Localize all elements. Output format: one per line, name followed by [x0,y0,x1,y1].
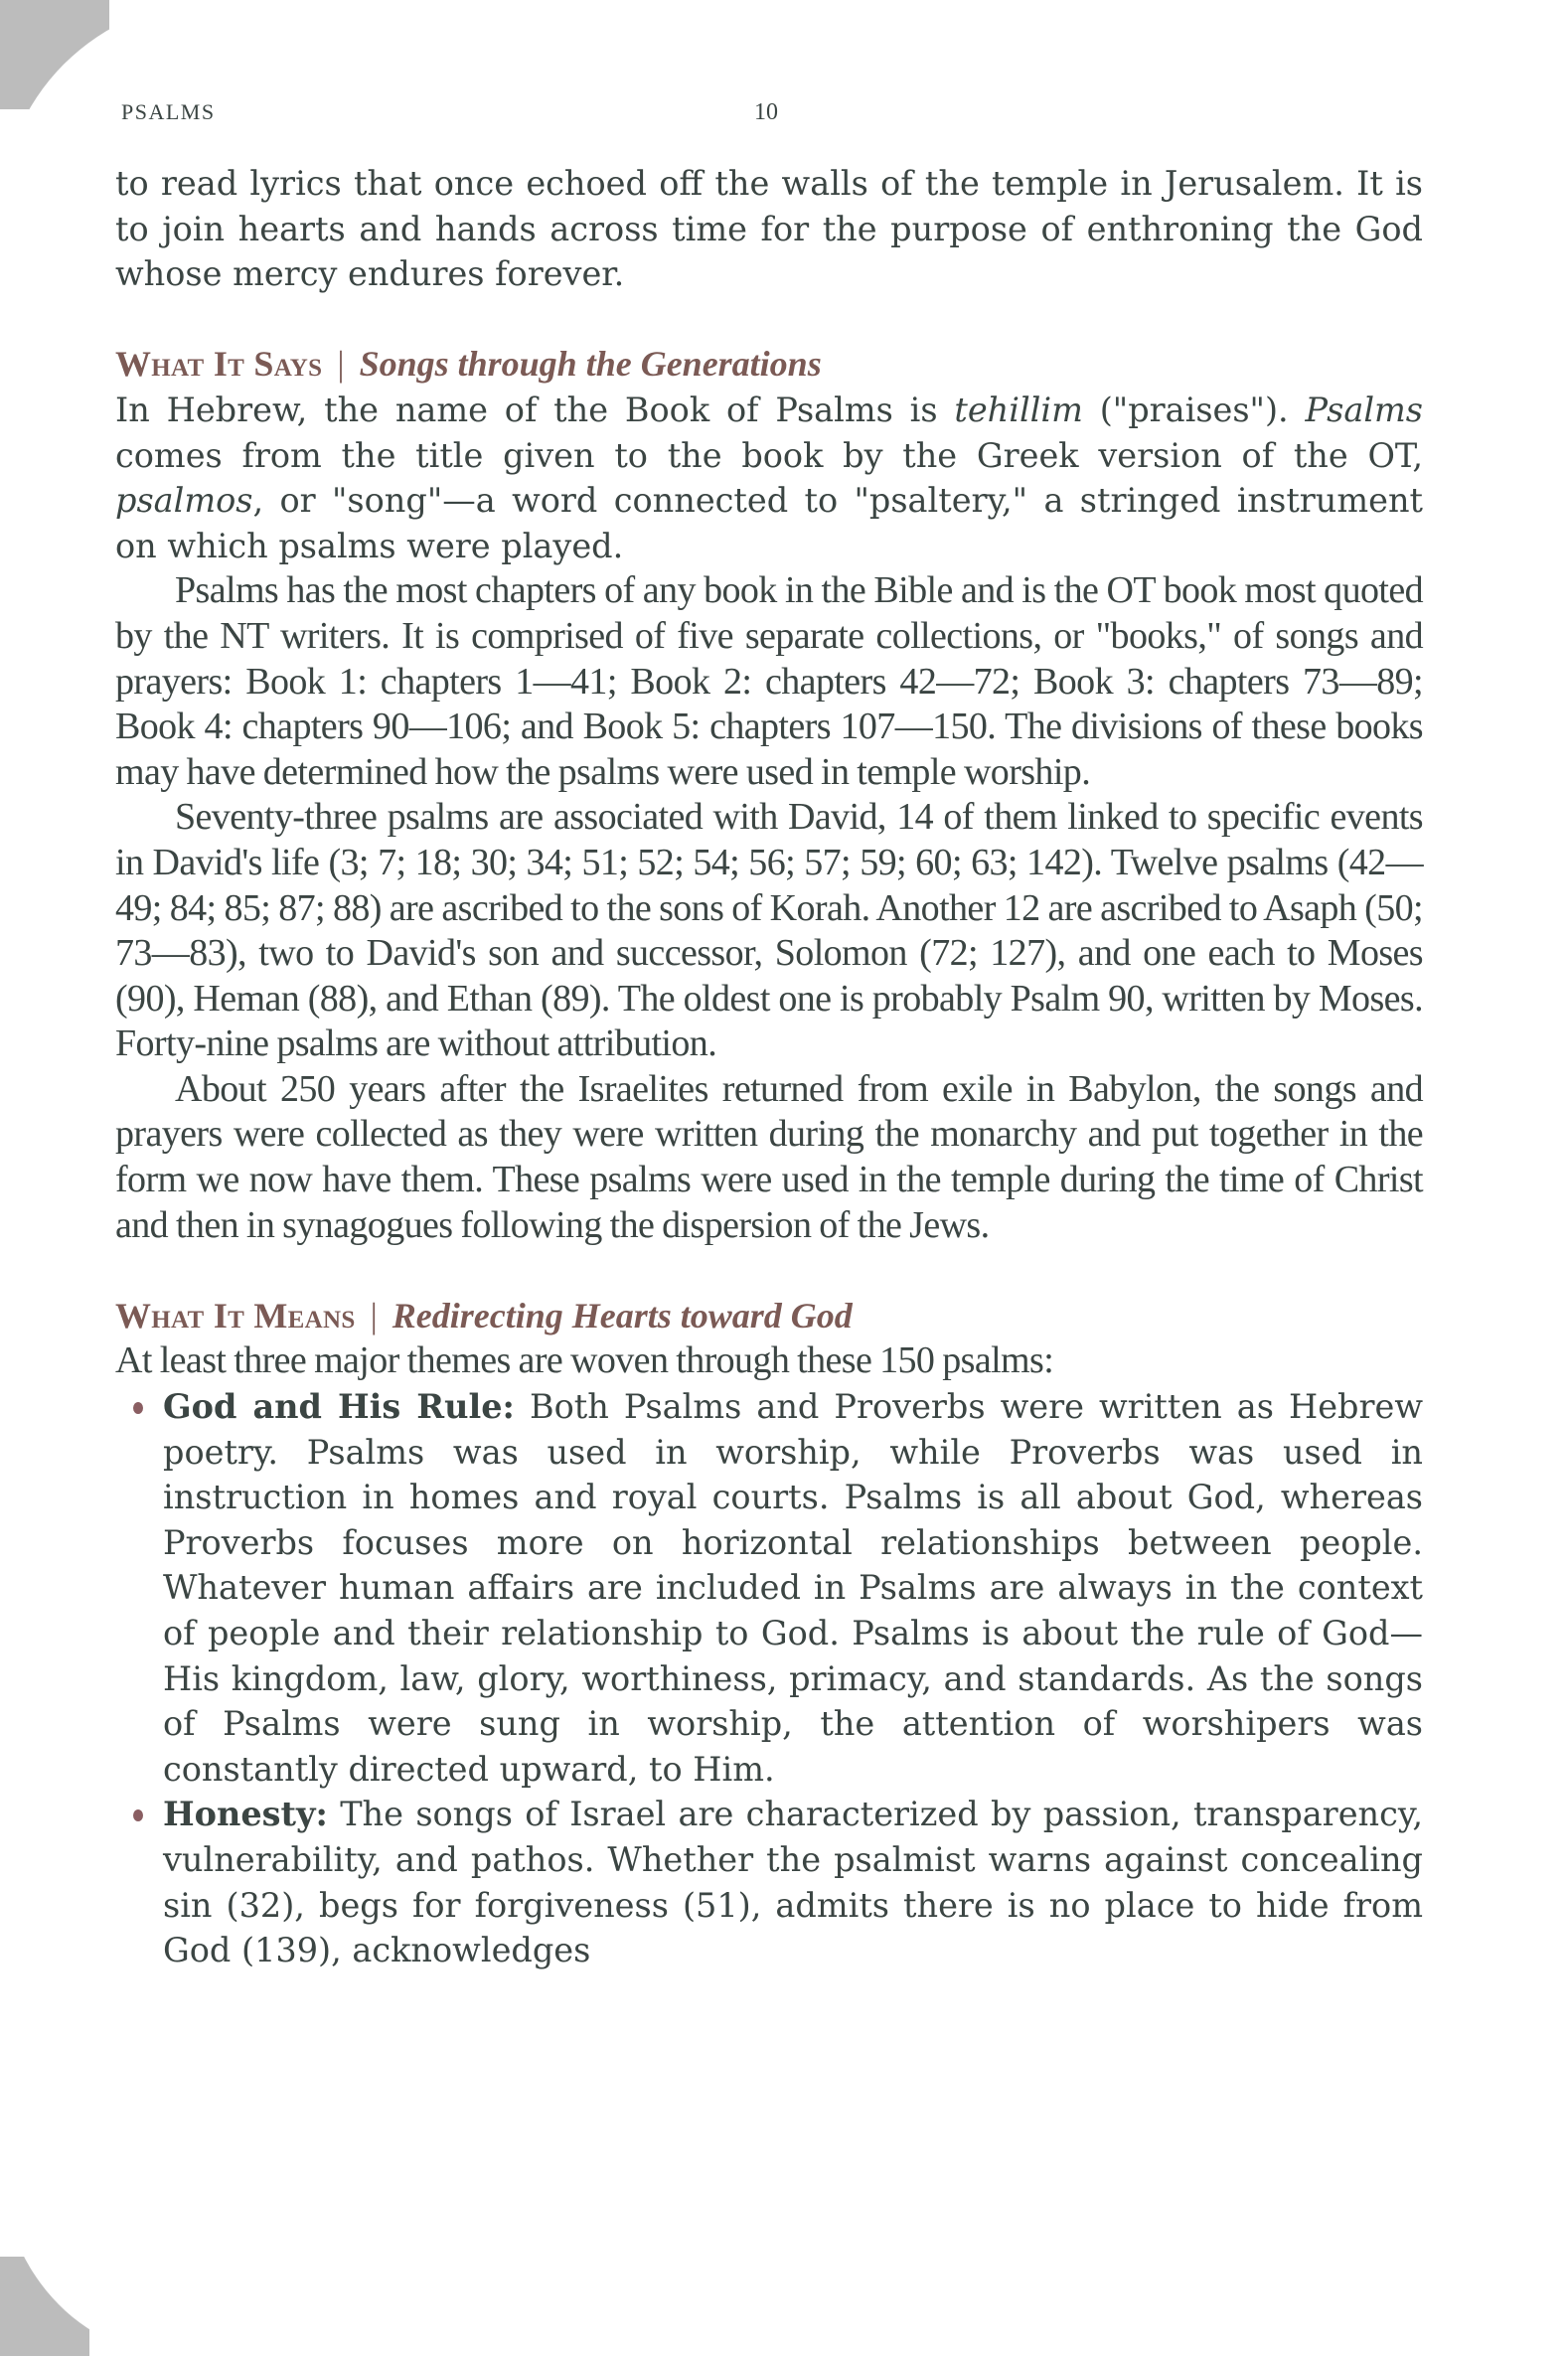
section-subtitle: Redirecting Hearts toward God [392,1296,853,1335]
paragraph-hebrew-name: In Hebrew, the name of the Book of Psalm… [115,388,1423,568]
text-run: In Hebrew, the name of the Book of Psalm… [115,391,954,429]
themes-intro: At least three major themes are woven th… [115,1338,1423,1384]
bullet-icon [133,1402,143,1414]
section-what-it-says: What It Says | Songs through the Generat… [115,342,1423,1248]
section-spacer [115,1248,1423,1294]
theme-term: God and His Rule: [163,1387,515,1426]
paragraph-authorship: Seventy-three psalms are associated with… [115,795,1423,1067]
theme-text: The songs of Israel are characterized by… [163,1795,1423,1969]
scan-corner-bottom-left [0,2257,89,2356]
text-run: , or "song"—a word connected to "psalter… [115,481,1423,565]
list-item-theme-god-and-his-rule: God and His Rule: Both Psalms and Prover… [163,1384,1423,1792]
themes-list: God and His Rule: Both Psalms and Prover… [115,1384,1423,1973]
text-run: comes from the title given to the book b… [115,436,1423,475]
section-label: What It Says [115,344,322,384]
text-run: ("praises"). [1083,391,1306,429]
paragraph-collection: About 250 years after the Israelites ret… [115,1067,1423,1248]
section-heading-what-it-says: What It Says | Songs through the Generat… [115,342,1423,388]
section-spacer [115,297,1423,343]
scan-corner-top-left [0,0,109,109]
section-subtitle: Songs through the Generations [360,344,822,384]
intro-continuation-paragraph: to read lyrics that once echoed off the … [115,161,1423,297]
italic-term-psalmos: psalmos [115,481,252,520]
bullet-icon [133,1809,143,1821]
paragraph-five-books: Psalms has the most chapters of any book… [115,568,1423,795]
section-label: What It Means [115,1296,356,1335]
italic-term-psalms: Psalms [1306,391,1423,429]
page-number: 10 [754,99,778,126]
section-what-it-means: What It Means | Redirecting Hearts towar… [115,1294,1423,1973]
list-item-theme-honesty: Honesty: The songs of Israel are charact… [163,1792,1423,1972]
section-separator: | [337,344,344,384]
italic-term-tehillim: tehillim [954,391,1083,429]
section-separator: | [371,1296,378,1335]
running-head-book-name: PSALMS [121,99,216,125]
page-body: to read lyrics that once echoed off the … [115,161,1423,1973]
theme-text: Both Psalms and Proverbs were written as… [163,1387,1423,1789]
section-heading-what-it-means: What It Means | Redirecting Hearts towar… [115,1294,1423,1339]
theme-term: Honesty: [163,1795,328,1833]
running-head: PSALMS 10 [121,99,1423,139]
